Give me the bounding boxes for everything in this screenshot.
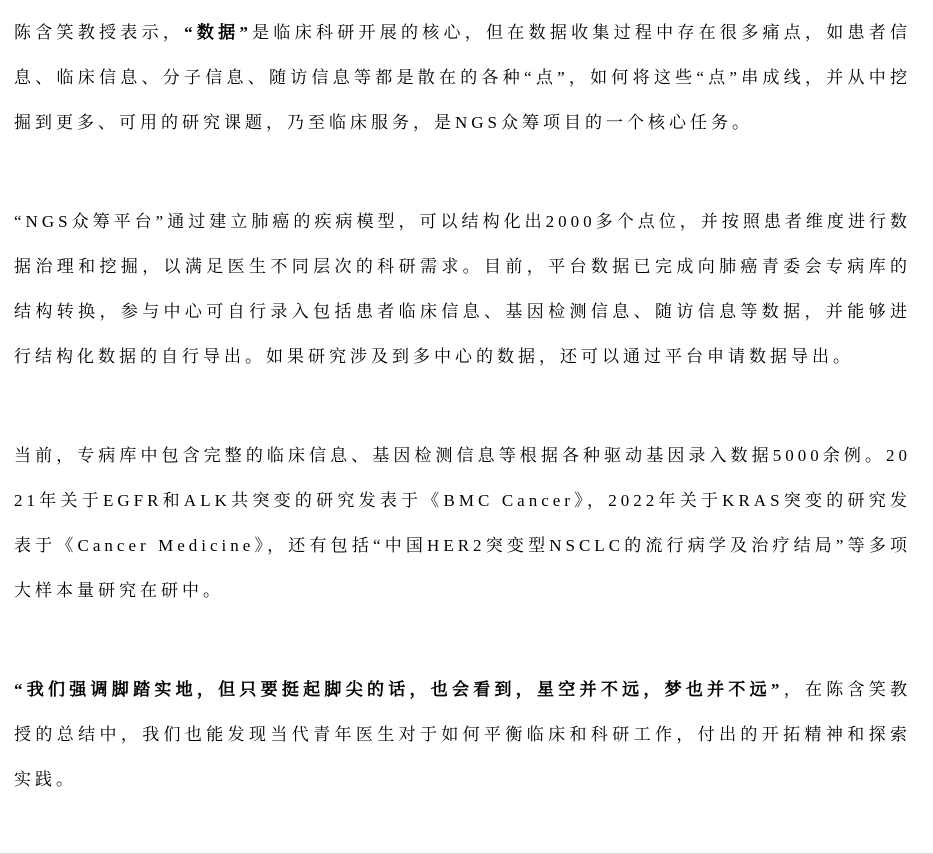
article-body: 陈含笑教授表示，“数据”是临床科研开展的核心，但在数据收集过程中存在很多痛点，如…: [0, 0, 933, 802]
paragraph-data-pain-points: 陈含笑教授表示，“数据”是临床科研开展的核心，但在数据收集过程中存在很多痛点，如…: [14, 10, 911, 145]
text-run: 当前，专病库中包含完整的临床信息、基因检测信息等根据各种驱动基因录入数据5000…: [14, 446, 911, 600]
paragraph-database-studies: 当前，专病库中包含完整的临床信息、基因检测信息等根据各种驱动基因录入数据5000…: [14, 433, 911, 613]
bold-text-run: “我们强调脚踏实地，但只要挺起脚尖的话，也会看到，星空并不远，梦也并不远”: [14, 680, 783, 699]
bold-text-run: “数据”: [184, 23, 252, 42]
paragraph-container: 陈含笑教授表示，“数据”是临床科研开展的核心，但在数据收集过程中存在很多痛点，如…: [14, 10, 911, 802]
paragraph-ngs-platform: “NGS众筹平台”通过建立肺癌的疾病模型，可以结构化出2000多个点位，并按照患…: [14, 199, 911, 379]
text-run: “NGS众筹平台”通过建立肺癌的疾病模型，可以结构化出2000多个点位，并按照患…: [14, 212, 911, 366]
paragraph-conclusion: “我们强调脚踏实地，但只要挺起脚尖的话，也会看到，星空并不远，梦也并不远”，在陈…: [14, 667, 911, 802]
text-run: 陈含笑教授表示，: [14, 23, 184, 42]
